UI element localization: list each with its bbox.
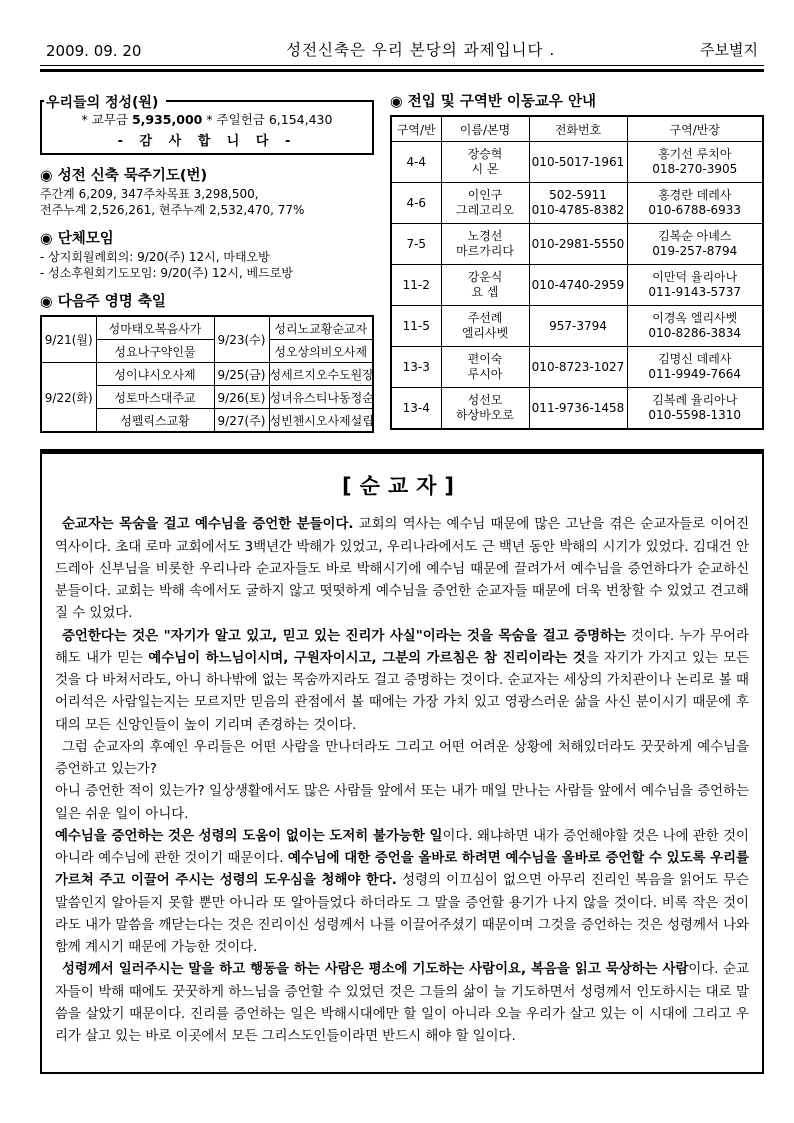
feast-name: 성세르지오수도원장 [269,363,373,386]
phone-cell: 502-5911010-4785-8382 [529,183,627,224]
right-column: ◉ 전입 및 구역반 이동교우 안내 구역/반 이름/본명 전화번호 구역/반장… [390,90,764,433]
header-divider [40,65,764,72]
phone-cell: 010-4740-2959 [529,265,627,306]
offering-value-2: 6,154,430 [269,112,333,127]
feast-date: 9/22(화) [41,363,96,433]
col-phone: 전화번호 [529,116,627,142]
offering-amounts: * 교무금 5,935,000 * 주일헌금 6,154,430 [48,110,366,128]
article-title: [순교자] [55,470,749,500]
transfer-row: 13-3 편이숙루시아 010-8723-1027 김명신 데레사011-994… [391,347,763,388]
zone-cell: 13-3 [391,347,441,388]
transfer-row: 4-6 이인구그레고리오 502-5911010-4785-8382 홍경란 데… [391,183,763,224]
feast-name: 성빈첸시오사제설립 [269,409,373,433]
feast-row: 9/22(화) 성이냐시오사제 9/25(금) 성세르지오수도원장 [41,363,373,386]
feast-date: 9/27(주) [214,409,269,433]
name-cell: 성선모하상바오로 [441,388,529,430]
col-leader: 구역/반장 [627,116,763,142]
offering-label-1: * 교무금 [82,112,128,127]
rosary-line-1: 주간계 6,209, 347주차목표 3,298,500, [40,187,374,203]
feast-date: 9/21(월) [41,316,96,363]
transfer-row: 11-2 강운식요 셉 010-4740-2959 이만덕 율리아나011-91… [391,265,763,306]
name-cell: 편이숙루시아 [441,347,529,388]
feast-name: 성오상의비오사제 [269,340,373,363]
transfer-header-row: 구역/반 이름/본명 전화번호 구역/반장 [391,116,763,142]
article-paragraph: 아니 증언한 적이 있는가? 일상생활에서도 많은 사람들 앞에서 또는 내가 … [55,781,749,826]
leader-cell: 김복례 율리아나010-5598-1310 [627,388,763,430]
feast-name: 성요나구약인물 [96,340,214,363]
leader-cell: 이경옥 엘리사벳010-8286-3834 [627,306,763,347]
zone-cell: 4-4 [391,142,441,183]
group-meeting-item: - 성소후원회기도모임: 9/20(주) 12시, 베드로방 [40,266,374,282]
header-date: 2009. 09. 20 [46,42,141,60]
feast-name: 성이냐시오사제 [96,363,214,386]
transfer-section-title: ◉ 전입 및 구역반 이동교우 안내 [390,90,764,111]
leader-cell: 홍기선 루치아018-270-3905 [627,142,763,183]
article-paragraph: 그럼 순교자의 후예인 우리들은 어떤 사람을 만나더라도 그리고 어떤 어려운… [55,737,749,782]
zone-cell: 13-4 [391,388,441,430]
name-cell: 강운식요 셉 [441,265,529,306]
page-header: 2009. 09. 20 성전신축은 우리 본당의 과제입니다 . 주보별지 [40,38,764,60]
transfer-row: 7-5 노경선마르가리다 010-2981-5550 김복순 아녜스019-25… [391,224,763,265]
article-paragraph: 순교자는 목숨을 걸고 예수님을 증언한 분들이다. 교회의 역사는 예수님 때… [55,514,749,625]
leader-cell: 홍경란 데레사010-6788-6933 [627,183,763,224]
phone-cell: 011-9736-1458 [529,388,627,430]
name-cell: 장승혁시 몬 [441,142,529,183]
name-cell: 이인구그레고리오 [441,183,529,224]
offering-box-title: 우리들의 정성(원) [44,92,166,112]
rosary-line-2: 전주누계 2,526,261, 현주누계 2,532,470, 77% [40,203,374,219]
transfer-table: 구역/반 이름/본명 전화번호 구역/반장 4-4 장승혁시 몬 010-501… [390,115,764,430]
offering-thanks: - 감 사 합 니 다 - [48,130,366,149]
header-motto: 성전신축은 우리 본당의 과제입니다 . [286,38,555,60]
phone-cell: 010-8723-1027 [529,347,627,388]
group-meeting-item: - 상지회월례회의: 9/20(주) 12시, 마태오방 [40,250,374,266]
leader-cell: 이만덕 율리아나011-9143-5737 [627,265,763,306]
phone-cell: 957-3794 [529,306,627,347]
zone-cell: 4-6 [391,183,441,224]
feast-name: 성펠릭스교황 [96,409,214,433]
feast-date: 9/23(수) [214,316,269,363]
article-paragraph: 성령께서 일러주시는 말을 하고 행동을 하는 사람은 평소에 기도하는 사람이… [55,959,749,1048]
article-paragraph: 증언한다는 것은 "자기가 알고 있고, 믿고 있는 진리가 사실"이라는 것을… [55,626,749,737]
offering-box: 우리들의 정성(원) * 교무금 5,935,000 * 주일헌금 6,154,… [40,100,374,155]
bulletin-page: 2009. 09. 20 성전신축은 우리 본당의 과제입니다 . 주보별지 우… [0,0,794,1123]
feast-row: 9/21(월) 성마태오복음사가 9/23(수) 성리노교황순교자 [41,316,373,340]
col-name: 이름/본명 [441,116,529,142]
offering-value-1: 5,935,000 [132,112,202,127]
offering-label-2: * 주일헌금 [206,112,265,127]
leader-cell: 김명신 데레사011-9949-7664 [627,347,763,388]
article-paragraph: 예수님을 증언하는 것은 성령의 도움이 없이는 도저히 불가능한 일이다. 왜… [55,826,749,960]
name-cell: 주선례엘리사벳 [441,306,529,347]
name-cell: 노경선마르가리다 [441,224,529,265]
feast-name: 성리노교황순교자 [269,316,373,340]
feast-table: 9/21(월) 성마태오복음사가 9/23(수) 성리노교황순교자 성요나구약인… [40,315,374,433]
upper-columns: 우리들의 정성(원) * 교무금 5,935,000 * 주일헌금 6,154,… [40,90,764,433]
feast-section-title: ◉ 다음주 영명 축일 [40,290,374,311]
feast-name: 성마태오복음사가 [96,316,214,340]
feast-name: 성토마스대주교 [96,386,214,409]
header-label: 주보별지 [700,39,758,60]
left-column: 우리들의 정성(원) * 교무금 5,935,000 * 주일헌금 6,154,… [40,90,374,433]
transfer-row: 11-5 주선례엘리사벳 957-3794 이경옥 엘리사벳010-8286-3… [391,306,763,347]
zone-cell: 11-2 [391,265,441,306]
zone-cell: 11-5 [391,306,441,347]
col-zone: 구역/반 [391,116,441,142]
feast-date: 9/25(금) [214,363,269,386]
feast-name: 성녀유스티나동정순교 [269,386,373,409]
feast-date: 9/26(토) [214,386,269,409]
groups-section-title: ◉ 단체모임 [40,227,374,248]
transfer-row: 13-4 성선모하상바오로 011-9736-1458 김복례 율리아나010-… [391,388,763,430]
zone-cell: 7-5 [391,224,441,265]
phone-cell: 010-5017-1961 [529,142,627,183]
martyr-article: [순교자] 순교자는 목숨을 걸고 예수님을 증언한 분들이다. 교회의 역사는… [40,449,764,1074]
transfer-row: 4-4 장승혁시 몬 010-5017-1961 홍기선 루치아018-270-… [391,142,763,183]
rosary-section-title: ◉ 성전 신축 묵주기도(번) [40,164,374,185]
leader-cell: 김복순 아녜스019-257-8794 [627,224,763,265]
phone-cell: 010-2981-5550 [529,224,627,265]
